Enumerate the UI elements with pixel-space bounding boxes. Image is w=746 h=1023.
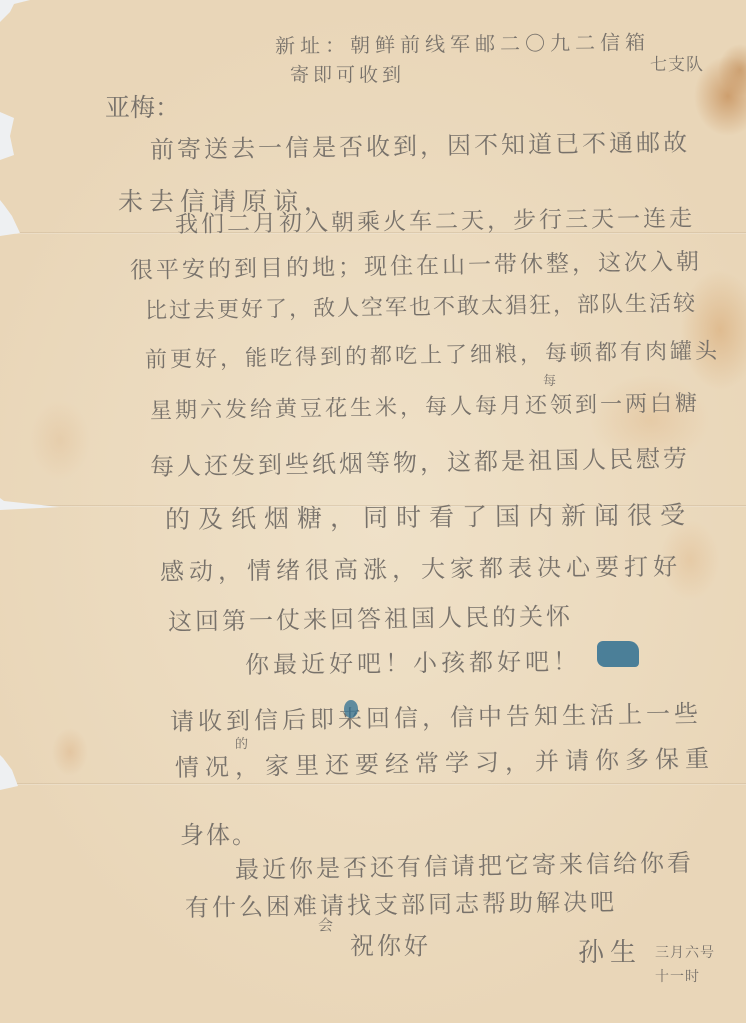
body-line: 感动，情绪很高涨，大家都表决心要打好 (160, 547, 682, 587)
blue-ink-mark (344, 700, 358, 718)
inserted-character: 每 (543, 370, 556, 389)
body-line: 身体。 (180, 815, 258, 850)
body-line: 情况，家里还要经常学习，并请你多保重 (175, 739, 716, 783)
body-line: 你最近好吧！小孩都好吧！ (245, 641, 581, 680)
header-unit: 七支队 (650, 50, 704, 75)
body-line: 比过去更好了，敌人空军也不敢太猖狂，部队生活较 (145, 286, 697, 325)
salutation: 亚梅： (105, 88, 180, 124)
header-address: 新址：朝鲜前线军邮二〇九二信箱 (275, 26, 650, 59)
body-line: 前寄送去一信是否收到，因不知道已不通邮故 (150, 122, 690, 165)
body-line: 星期六发给黄豆花生米，每人每月还领到一两白糖 (150, 386, 700, 425)
body-line: 每人还发到些纸烟等物，这都是祖国人民慰劳 (150, 439, 690, 482)
date-time: 十一时 (655, 966, 700, 986)
header-note: 寄即可收到 (290, 60, 405, 87)
blue-ink-blot (597, 641, 639, 667)
body-line: 请收到信后即来回信，信中告知生活上一些 (170, 694, 702, 737)
closing: 祝你好 (350, 926, 431, 961)
fold-crease (0, 783, 746, 785)
body-line: 有什么困难请找支部同志帮助解决吧 (185, 882, 617, 923)
body-line: 这回第一仗来回答祖国人民的关怀 (168, 596, 573, 637)
body-line: 最近你是否还有信请把它寄来信给你看 (235, 843, 694, 885)
body-line: 的及纸烟糖，同时看了国内新闻很受 (165, 495, 693, 536)
body-line: 前更好，能吃得到的都吃上了细粮，每顿都有肉罐头 (145, 334, 720, 374)
signature: 孙生 (578, 932, 642, 969)
letter-paper: 新址：朝鲜前线军邮二〇九二信箱 七支队 寄即可收到 亚梅： 前寄送去一信是否收到… (0, 0, 746, 1023)
body-line: 我们二月初入朝乘火车二天，步行三天一连走 (175, 200, 695, 239)
date-day: 三月六号 (655, 942, 715, 962)
inserted-character: 会 (318, 914, 333, 935)
body-line: 很平安的到目的地；现住在山一带休整，这次入朝 (130, 243, 702, 285)
